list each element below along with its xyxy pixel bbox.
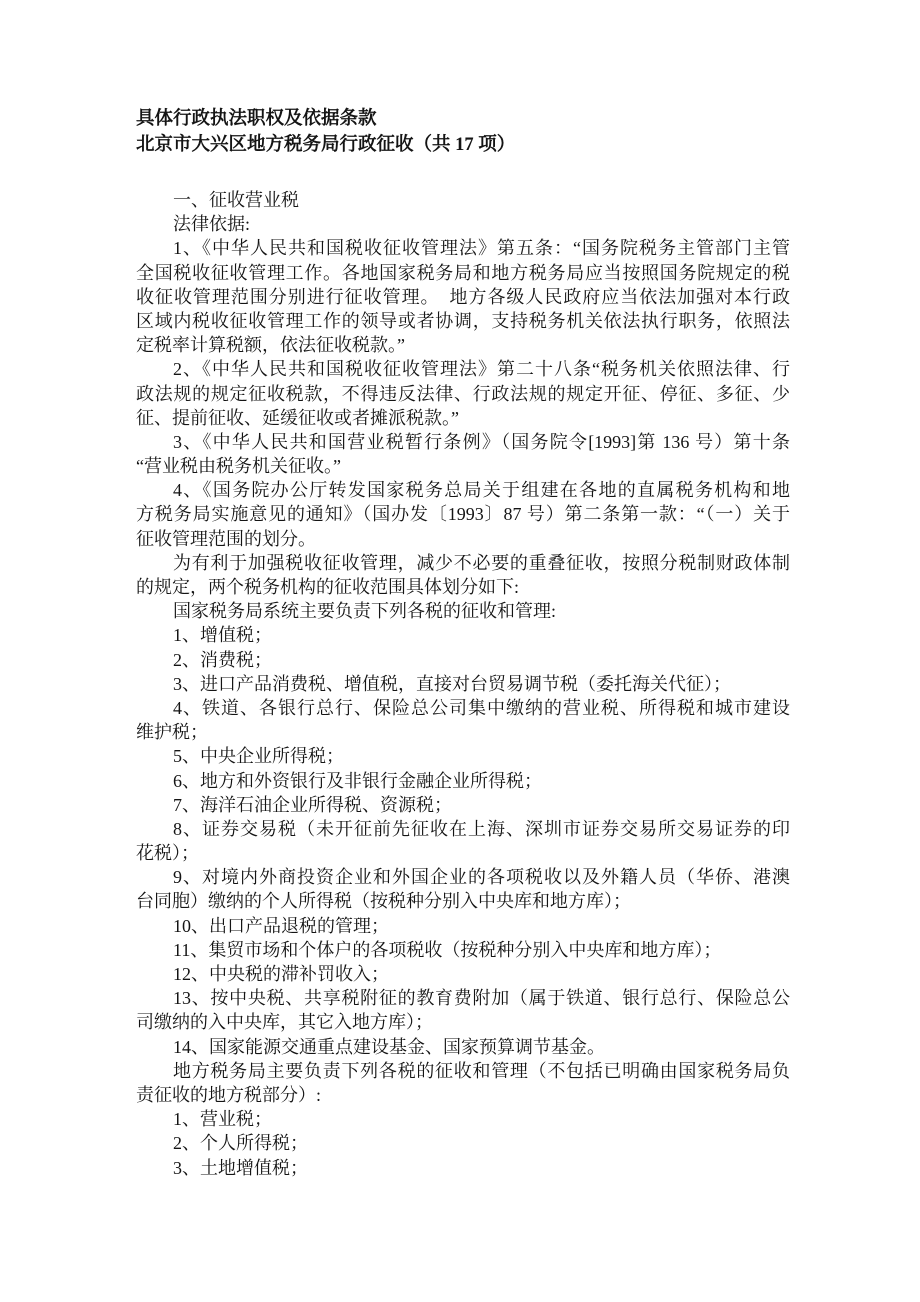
text-line: 责征收的地方税部分）:: [136, 1083, 790, 1107]
text-line: 征、提前征收、延缓征收或者摊派税款。”: [136, 406, 790, 430]
text-line: 3、土地增值税；: [136, 1156, 790, 1180]
text-line: 6、地方和外资银行及非银行金融企业所得税；: [136, 769, 790, 793]
text-line: 为有利于加强税收征收管理，减少不必要的重叠征收，按照分税制财政体制: [136, 551, 790, 575]
text-line: 全国税收征收管理工作。各地国家税务局和地方税务局应当按照国务院规定的税: [136, 261, 790, 285]
document-title: 具体行政执法职权及依据条款: [136, 106, 790, 132]
text-line: 11、集贸市场和个体户的各项税收（按税种分别入中央库和地方库）；: [136, 938, 790, 962]
text-line: 台同胞）缴纳的个人所得税（按税种分别入中央库和地方库）；: [136, 889, 790, 913]
text-line: 司缴纳的入中央库，其它入地方库）；: [136, 1010, 790, 1034]
text-line: 2、个人所得税；: [136, 1131, 790, 1155]
text-line: 收征收管理范围分别进行征收管理。 地方各级人民政府应当依法加强对本行政: [136, 285, 790, 309]
text-line: 法律依据:: [136, 212, 790, 236]
text-line: 定税率计算税额，依法征收税款。”: [136, 333, 790, 357]
text-line: 维护税；: [136, 720, 790, 744]
text-line: 1、增值税；: [136, 623, 790, 647]
document-content: 具体行政执法职权及依据条款 北京市大兴区地方税务局行政征收（共 17 项） 一、…: [136, 106, 790, 1180]
text-line: 13、按中央税、共享税附征的教育费附加（属于铁道、银行总行、保险总公: [136, 986, 790, 1010]
text-line: 花税）；: [136, 841, 790, 865]
document-heading: 具体行政执法职权及依据条款 北京市大兴区地方税务局行政征收（共 17 项）: [136, 106, 790, 158]
text-line: 一、征收营业税: [136, 188, 790, 212]
text-line: 方税务局实施意见的通知》（国办发〔1993〕87 号）第二条第一款：“（一）关于: [136, 502, 790, 526]
text-line: 政法规的规定征收税款，不得违反法律、行政法规的规定开征、停征、多征、少: [136, 382, 790, 406]
text-line: 14、国家能源交通重点建设基金、国家预算调节基金。: [136, 1035, 790, 1059]
text-line: 2、消费税；: [136, 648, 790, 672]
text-line: 7、海洋石油企业所得税、资源税；: [136, 793, 790, 817]
text-line: 8、证券交易税（未开征前先征收在上海、深圳市证券交易所交易证券的印: [136, 817, 790, 841]
text-line: 9、对境内外商投资企业和外国企业的各项税收以及外籍人员（华侨、港澳: [136, 865, 790, 889]
text-line: 2、《中华人民共和国税收征收管理法》第二十八条“税务机关依照法律、行: [136, 357, 790, 381]
text-line: 区域内税收征收管理工作的领导或者协调，支持税务机关依法执行职务，依照法: [136, 309, 790, 333]
document-body: 一、征收营业税法律依据:1、《中华人民共和国税收征收管理法》第五条：“国务院税务…: [136, 188, 790, 1180]
text-line: 10、出口产品退税的管理；: [136, 914, 790, 938]
text-line: 1、《中华人民共和国税收征收管理法》第五条：“国务院税务主管部门主管: [136, 236, 790, 260]
document-subtitle: 北京市大兴区地方税务局行政征收（共 17 项）: [136, 132, 790, 158]
text-line: 12、中央税的滞补罚收入；: [136, 962, 790, 986]
text-line: 4、铁道、各银行总行、保险总公司集中缴纳的营业税、所得税和城市建设: [136, 696, 790, 720]
text-line: 国家税务局系统主要负责下列各税的征收和管理:: [136, 599, 790, 623]
text-line: 5、中央企业所得税；: [136, 744, 790, 768]
text-line: 地方税务局主要负责下列各税的征收和管理（不包括已明确由国家税务局负: [136, 1059, 790, 1083]
text-line: 1、营业税；: [136, 1107, 790, 1131]
text-line: 3、进口产品消费税、增值税，直接对台贸易调节税（委托海关代征）；: [136, 672, 790, 696]
text-line: 4、《国务院办公厅转发国家税务总局关于组建在各地的直属税务机构和地: [136, 478, 790, 502]
document-page: 具体行政执法职权及依据条款 北京市大兴区地方税务局行政征收（共 17 项） 一、…: [0, 0, 920, 1302]
text-line: 3、《中华人民共和国营业税暂行条例》（国务院令[1993]第 136 号）第十条: [136, 430, 790, 454]
text-line: 的规定，两个税务机构的征收范围具体划分如下:: [136, 575, 790, 599]
text-line: 征收管理范围的划分。: [136, 527, 790, 551]
text-line: “营业税由税务机关征收。”: [136, 454, 790, 478]
